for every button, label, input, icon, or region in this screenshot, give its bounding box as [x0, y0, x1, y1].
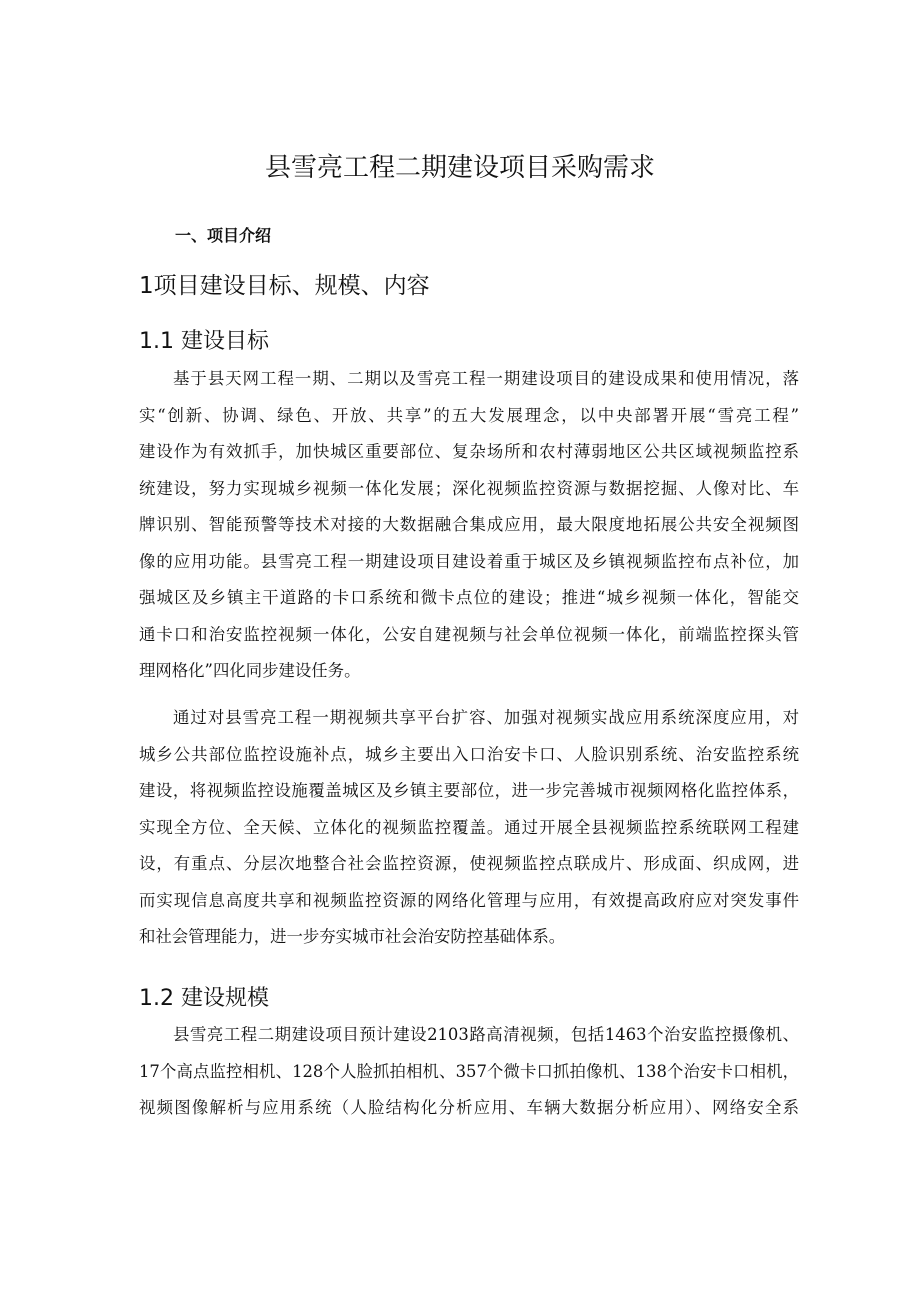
- section-heading: 一、项目介绍: [175, 222, 271, 250]
- text-line: 和社会管理能力，进一步夯实城市社会治安防控基础体系。: [139, 919, 799, 956]
- paragraph-goal-2: 通过对县雪亮工程一期视频共享平台扩容、加强对视频实战应用系统深度应用，对 城乡公…: [139, 700, 799, 956]
- subsection-heading-1-1: 1.1建设目标: [139, 325, 269, 359]
- text-line: 而实现信息高度共享和视频监控资源的网络化管理与应用，有效提高政府应对突发事件: [139, 883, 799, 920]
- paragraph-goal-1: 基于县天网工程一期、二期以及雪亮工程一期建设项目的建设成果和使用情况，落 实“创…: [139, 361, 799, 690]
- text-line: 像的应用功能。县雪亮工程一期建设项目建设着重于城区及乡镇视频监控布点补位，加: [139, 544, 799, 581]
- subsection-heading-1-2: 1.2建设规模: [139, 982, 269, 1016]
- subsection-title: 建设目标: [181, 329, 269, 354]
- text-line: 牌识别、智能预警等技术对接的大数据融合集成应用，最大限度地拓展公共安全视频图: [139, 507, 799, 544]
- text-line: 通卡口和治安监控视频一体化，公安自建视频与社会单位视频一体化，前端监控探头管: [139, 617, 799, 654]
- text-line: 理网格化”四化同步建设任务。: [139, 653, 799, 690]
- text-line: 实现全方位、全天候、立体化的视频监控覆盖。通过开展全县视频监控系统联网工程建: [139, 810, 799, 847]
- text-line: 建设作为有效抓手，加快城区重要部位、复杂场所和农村薄弱地区公共区域视频监控系: [139, 434, 799, 471]
- paragraph-scale-1: 县雪亮工程二期建设项目预计建设2103路高清视频，包括1463个治安监控摄像机、…: [139, 1017, 799, 1127]
- subsection-title: 建设规模: [181, 986, 269, 1011]
- text-line: 建设，将视频监控设施覆盖城区及乡镇主要部位，进一步完善城市视频网格化监控体系，: [139, 773, 799, 810]
- text-line: 县雪亮工程二期建设项目预计建设2103路高清视频，包括1463个治安监控摄像机、: [139, 1017, 799, 1054]
- text-line: 17个高点监控相机、128个人脸抓拍相机、357个微卡口抓拍像机、138个治安卡…: [139, 1054, 799, 1091]
- text-line: 视频图像解析与应用系统（人脸结构化分析应用、车辆大数据分析应用）、网络安全系: [139, 1090, 799, 1127]
- text-line: 强城区及乡镇主干道路的卡口系统和微卡点位的建设；推进“城乡视频一体化，智能交: [139, 580, 799, 617]
- text-line: 城乡公共部位监控设施补点，城乡主要出入口治安卡口、人脸识别系统、治安监控系统: [139, 737, 799, 774]
- text-line: 实“创新、协调、绿色、开放、共享”的五大发展理念，以中央部署开展“雪亮工程”: [139, 398, 799, 435]
- text-line: 通过对县雪亮工程一期视频共享平台扩容、加强对视频实战应用系统深度应用，对: [139, 700, 799, 737]
- text-line: 基于县天网工程一期、二期以及雪亮工程一期建设项目的建设成果和使用情况，落: [139, 361, 799, 398]
- text-line: 统建设，努力实现城乡视频一体化发展；深化视频监控资源与数据挖掘、人像对比、车: [139, 471, 799, 508]
- document-page: 县雪亮工程二期建设项目采购需求 一、项目介绍 1项目建设目标、规模、内容 1.1…: [0, 0, 920, 1301]
- subsection-number: 1.1: [139, 325, 181, 359]
- document-title: 县雪亮工程二期建设项目采购需求: [0, 148, 920, 188]
- heading-1: 1项目建设目标、规模、内容: [139, 268, 430, 304]
- text-line: 设，有重点、分层次地整合社会监控资源，使视频监控点联成片、形成面、织成网，进: [139, 846, 799, 883]
- subsection-number: 1.2: [139, 982, 181, 1016]
